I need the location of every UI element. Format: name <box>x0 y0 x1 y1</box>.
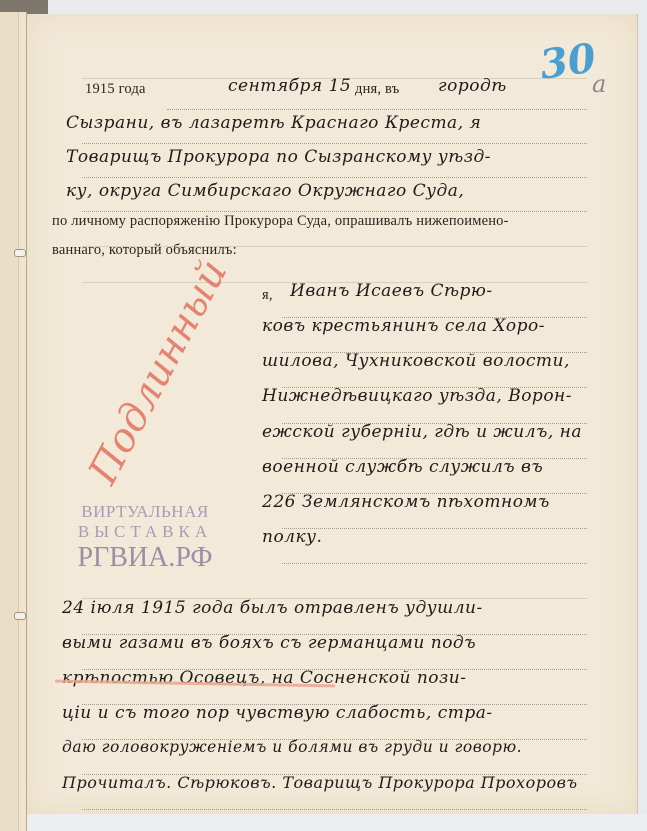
statement-line-3: шилова, Чухниковской волости, <box>262 351 570 371</box>
ruled-line <box>82 143 587 144</box>
watermark: ВИРТУАЛЬНАЯ ВЫСТАВКА РГВИА.РФ <box>65 502 225 574</box>
intro-line-3: ку, округа Симбирскаго Окружнаго Суда, <box>66 181 464 201</box>
scan-background-right <box>638 0 647 831</box>
page-stack-edge <box>0 12 19 831</box>
printed-line-1: по личному распоряженію Прокурора Суда, … <box>52 213 509 230</box>
statement-line-7: 226 Землянскомъ пѣхотномъ <box>262 492 550 512</box>
statement-line-1: Иванъ Исаевъ Сѣрю- <box>290 281 493 301</box>
watermark-line-1: ВИРТУАЛЬНАЯ <box>65 502 225 522</box>
handwritten-month-day: сентября 15 <box>228 76 351 96</box>
handwritten-place: городѣ <box>438 76 507 96</box>
statement-line-8: полку. <box>262 527 322 547</box>
ruled-line <box>282 528 587 529</box>
printed-day-label: дня, въ <box>355 81 399 98</box>
ruled-line <box>167 109 587 110</box>
intro-line-1: Сызрани, въ лазаретѣ Краснаго Креста, я <box>66 113 481 133</box>
ruled-line <box>82 809 587 810</box>
printed-year: 1915 года <box>85 81 146 98</box>
printed-line-2: ваннаго, который объяснилъ: <box>52 242 237 259</box>
printed-ya: я, <box>262 287 273 304</box>
watermark-line-2: ВЫСТАВКА <box>65 522 225 542</box>
statement-line-6: военной службѣ служилъ въ <box>262 457 543 477</box>
scan-background-bottom <box>27 814 647 831</box>
previous-page-edge <box>0 12 27 831</box>
statement-line-5: ежской губерніи, гдѣ и жилъ, на <box>262 422 582 442</box>
testimony-line-2: выми газами въ бояхъ съ германцами подъ <box>62 633 476 653</box>
folio-suffix: а <box>592 70 606 98</box>
testimony-line-4: ціи и съ того пор чувствую слабость, стр… <box>62 703 493 723</box>
statement-line-2: ковъ крестьянинъ села Хоро- <box>262 316 545 336</box>
ruled-line <box>282 563 587 564</box>
testimony-line-5: даю головокруженіемъ и болями въ груди и… <box>62 738 522 756</box>
testimony-line-1: 24 іюля 1915 года былъ отравленъ удушли- <box>62 598 483 618</box>
folio-number: 30 <box>537 34 599 88</box>
intro-line-2: Товарищъ Прокурора по Сызранскому уѣзд- <box>66 147 491 167</box>
statement-line-4: Нижнедѣвицкаго уѣзда, Ворон- <box>262 386 572 406</box>
binding-thread-top <box>14 249 26 257</box>
signatures-line: Прочиталъ. Сѣрюковъ. Товарищъ Прокурора … <box>62 773 578 792</box>
ruled-line <box>82 177 587 178</box>
watermark-line-3: РГВИА.РФ <box>65 542 225 574</box>
binding-thread-bottom <box>14 612 26 620</box>
ruled-line <box>82 211 587 212</box>
